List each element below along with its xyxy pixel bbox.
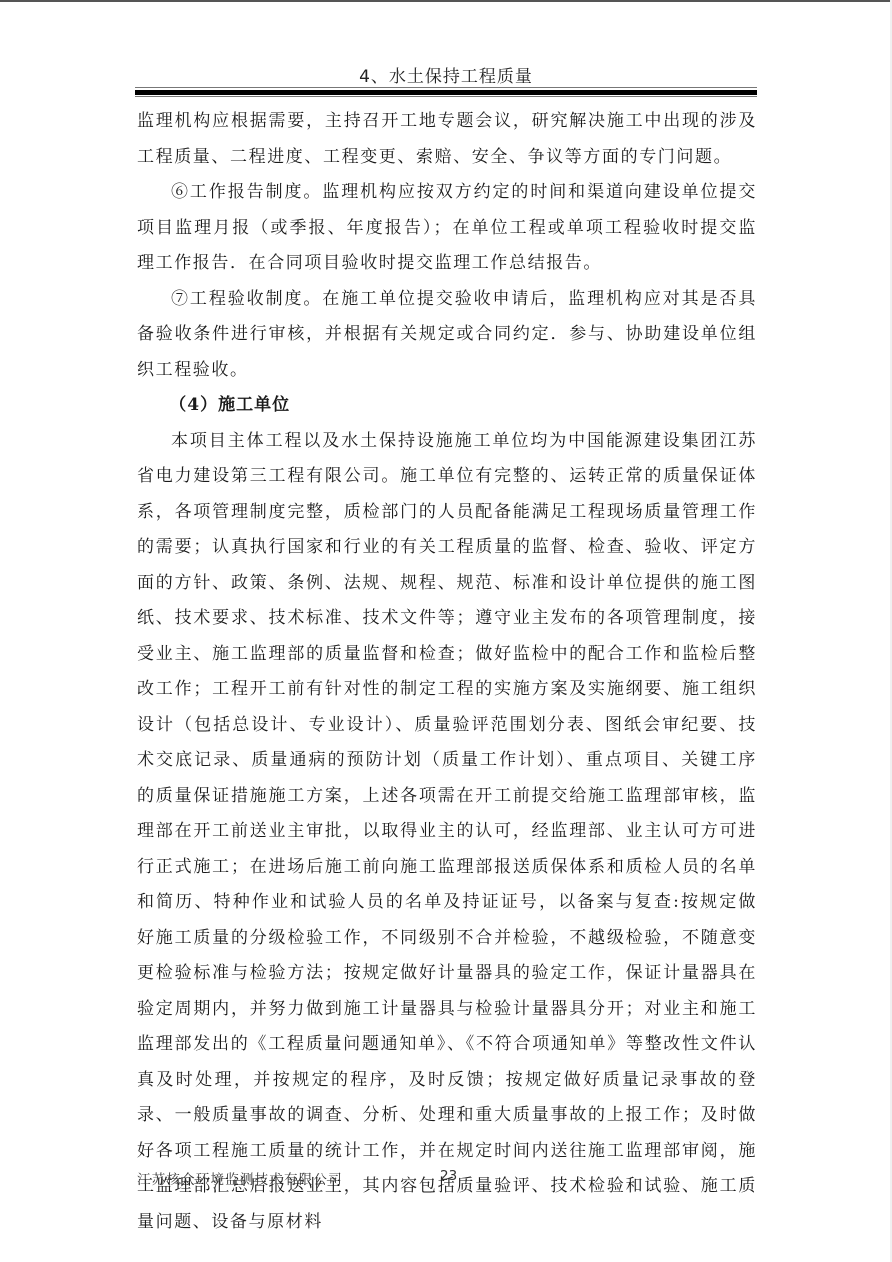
running-header-title: 4、水土保持工程质量 — [135, 62, 757, 87]
page-body: 监理机构应根据需要，主持召开工地专题会议，研究解决施工中出现的涉及工程质量、二程… — [137, 104, 757, 1240]
header-rule-thin-top — [135, 87, 757, 88]
header-rule-thin-bottom — [135, 96, 757, 97]
paragraph-work-report-system: ⑥工作报告制度。监理机构应按双方约定的时间和渠道向建设单位提交项目监理月报（或季… — [137, 175, 757, 282]
section-heading-construction-unit: （4）施工单位 — [137, 388, 757, 424]
footer-company-name: 江苏核众环境监测技术有限公司 — [137, 1168, 343, 1188]
paragraph-acceptance-system: ⑦工程验收制度。在施工单位提交验收申请后，监理机构应对其是否具备验收条件进行审核… — [137, 282, 757, 389]
page-footer: 江苏核众环境监测技术有限公司 23 — [137, 1168, 757, 1190]
header-rule-thick — [135, 90, 757, 95]
paragraph-construction-unit: 本项目主体工程以及水土保持设施施工单位均为中国能源建设集团江苏省电力建设第三工程… — [137, 424, 757, 1241]
page-top-border — [0, 0, 892, 2]
page-number: 23 — [440, 1168, 457, 1184]
paragraph-continuation: 监理机构应根据需要，主持召开工地专题会议，研究解决施工中出现的涉及工程质量、二程… — [137, 104, 757, 175]
